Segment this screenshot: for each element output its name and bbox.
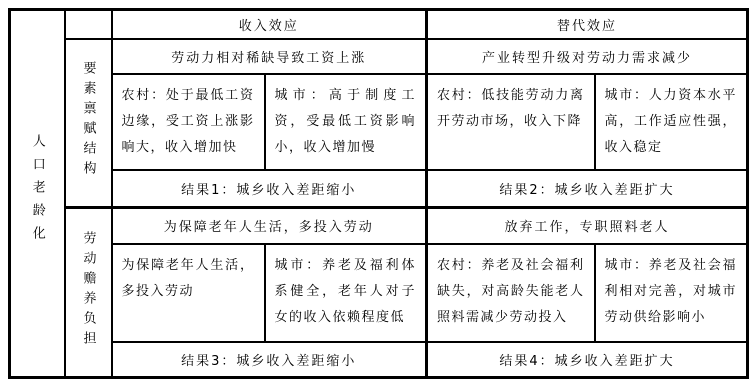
group1-detail-row: 农村：处于最低工资边缘，受工资上涨影响大，收入增加快 城市：高于制度工资，受最低… — [10, 74, 748, 170]
row-axis-population-aging: 人口老龄化 — [10, 10, 65, 378]
col-header-substitution-effect: 替代效应 — [427, 10, 748, 39]
group2-substitution-urban-cell: 城市：养老及社会福利相对完善，对城市劳动供给影响小 — [595, 244, 748, 342]
factor-endowment-label: 要素禀赋结构 — [79, 61, 98, 181]
group2-result-row: 结果3：城乡收入差距缩小 结果4：城乡收入差距扩大 — [10, 342, 748, 378]
group1-result-row: 结果1：城乡收入差距缩小 结果2：城乡收入差距扩大 — [10, 170, 748, 208]
result-2-cell: 结果2：城乡收入差距扩大 — [427, 170, 748, 208]
group2-mechanism-row: 劳动赡养负担 为保障老年人生活，多投入劳动 放弃工作，专职照料老人 — [10, 208, 748, 244]
population-aging-label: 人口老龄化 — [28, 134, 47, 249]
group2-income-rural-cell: 为保障老年人生活，多投入劳动 — [112, 244, 265, 342]
group2-substitution-rural-cell: 农村：养老及社会福利缺失，对高龄失能老人照料需减少劳动投入 — [427, 244, 595, 342]
group1-income-rural-cell: 农村：处于最低工资边缘，受工资上涨影响大，收入增加快 — [112, 74, 265, 170]
group-label-labor-support-burden: 劳动赡养负担 — [65, 208, 112, 378]
group2-income-urban-cell: 城市：养老及福利体系健全，老年人对子女的收入依赖程度低 — [265, 244, 427, 342]
group1-substitution-rural-cell: 农村：低技能劳动力离开劳动市场，收入下降 — [427, 74, 595, 170]
result-3-cell: 结果3：城乡收入差距缩小 — [112, 342, 427, 378]
group2-income-mechanism: 为保障老年人生活，多投入劳动 — [112, 208, 427, 244]
group1-income-mechanism: 劳动力相对稀缺导致工资上涨 — [112, 39, 427, 74]
group1-substitution-urban-cell: 城市：人力资本水平高，工作适应性强，收入稳定 — [595, 74, 748, 170]
col-header-income-effect: 收入效应 — [112, 10, 427, 39]
group2-detail-row: 为保障老年人生活，多投入劳动 城市：养老及福利体系健全，老年人对子女的收入依赖程… — [10, 244, 748, 342]
header-row: 人口老龄化 收入效应 替代效应 — [10, 10, 748, 39]
group1-income-urban-cell: 城市：高于制度工资，受最低工资影响小，收入增加慢 — [265, 74, 427, 170]
result-4-cell: 结果4：城乡收入差距扩大 — [427, 342, 748, 378]
corner-cell-empty — [65, 10, 112, 39]
result-1-cell: 结果1：城乡收入差距缩小 — [112, 170, 427, 208]
group2-substitution-mechanism: 放弃工作，专职照料老人 — [427, 208, 748, 244]
aging-effects-framework-table: 人口老龄化 收入效应 替代效应 要素禀赋结构 劳动力相对稀缺导致工资上涨 产业转… — [8, 8, 749, 379]
group1-substitution-mechanism: 产业转型升级对劳动力需求减少 — [427, 39, 748, 74]
page: 人口老龄化 收入效应 替代效应 要素禀赋结构 劳动力相对稀缺导致工资上涨 产业转… — [0, 0, 753, 388]
group-label-factor-endowment: 要素禀赋结构 — [65, 39, 112, 208]
labor-support-burden-label: 劳动赡养负担 — [79, 231, 98, 351]
group1-mechanism-row: 要素禀赋结构 劳动力相对稀缺导致工资上涨 产业转型升级对劳动力需求减少 — [10, 39, 748, 74]
